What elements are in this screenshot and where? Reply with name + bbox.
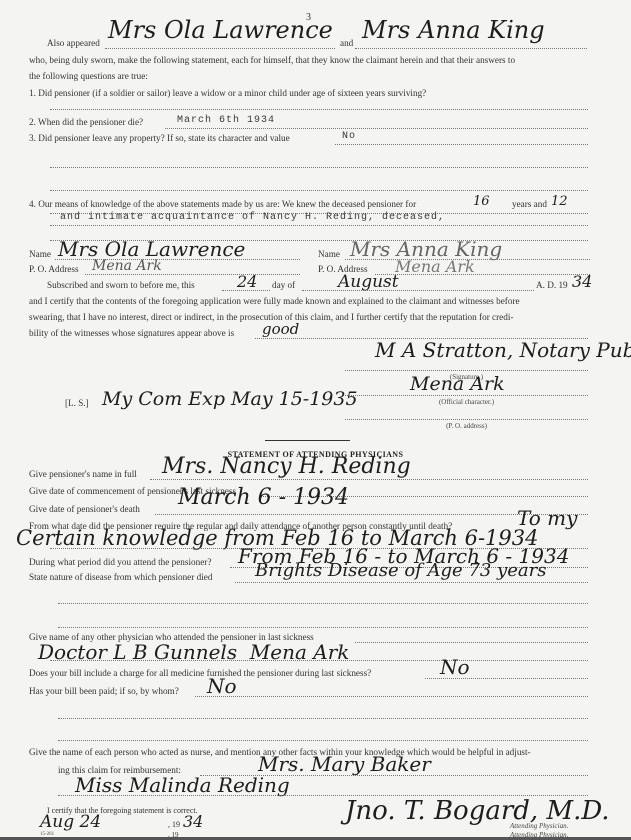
pensioner-name-value: Mrs. Nancy H. Reding <box>162 454 411 479</box>
q3-line <box>335 144 588 145</box>
period-label: During what period did you attend the pe… <box>29 557 211 567</box>
notary-day: 24 <box>237 272 257 291</box>
q3-line-3 <box>50 190 588 191</box>
witness1-po-label: P. O. Address <box>29 264 79 274</box>
q4-years: 16 <box>473 194 490 209</box>
question-3-answer: No <box>342 131 356 142</box>
paid-line-2 <box>58 718 588 719</box>
certify-year: 34 <box>183 812 203 831</box>
intro-line-1: who, being duly sworn, make the followin… <box>29 55 515 65</box>
paid-label: Has your bill been paid; if so, by whom? <box>29 686 179 696</box>
question-1: 1. Did pensioner (if a soldier or sailor… <box>29 88 426 98</box>
witness2-name-label: Name <box>318 249 340 259</box>
credibility-value: good <box>262 320 299 338</box>
witness1-name-label: Name <box>29 249 51 259</box>
q1-answer-line <box>50 109 588 110</box>
also-appeared-label: Also appeared <box>47 38 100 48</box>
death-date-label: Give date of pensioner's death <box>29 504 140 514</box>
year-prefix: , 19 <box>168 820 180 829</box>
official-character: Mena Ark <box>410 373 505 395</box>
seal-label: [L. S.] <box>65 398 89 408</box>
q3-line-2 <box>50 167 588 168</box>
disease-line <box>235 582 588 583</box>
paid-line <box>195 696 588 697</box>
certify-line-3: bility of the witnesses whose signatures… <box>29 328 234 338</box>
intro-line-2: the following questions are true: <box>29 71 148 81</box>
witness1-line <box>105 48 335 49</box>
nurse-value-2: Miss Malinda Reding <box>75 773 290 797</box>
commission-note: My Com Exp May 15-1935 <box>102 388 358 410</box>
medicine-value: No <box>440 655 470 679</box>
day-line <box>222 290 270 291</box>
question-4-label: 4. Our means of knowledge of the above s… <box>29 199 416 209</box>
disease-value: Brights Disease of Age 73 years <box>255 560 546 581</box>
medicine-label: Does your bill include a charge for all … <box>29 668 371 678</box>
q4-years2: 12 <box>551 194 568 209</box>
paid-value: No <box>207 674 237 698</box>
witness2-handwritten: Mrs Anna King <box>362 16 545 44</box>
notary-year: 34 <box>572 272 592 291</box>
po-caption: (P. O. address) <box>345 422 588 430</box>
certify-line-1: and I certify that the contents of the f… <box>29 296 520 306</box>
day-of-label: day of <box>272 280 295 290</box>
physician-signature: Jno. T. Bogard, M.D. <box>345 796 610 826</box>
pensioner-name-label: Give pensioner's name in full <box>29 469 137 479</box>
witness2-po-line <box>375 274 590 275</box>
disease-line-3 <box>58 627 588 628</box>
q4-line-2 <box>50 225 588 226</box>
subscribed-label: Subscribed and sworn to before me, this <box>47 280 195 290</box>
official-caption: (Official character.) <box>345 398 588 406</box>
question-4-answer: and intimate acquaintance of Nancy H. Re… <box>60 212 445 223</box>
official-line <box>345 395 588 396</box>
question-2-answer: March 6th 1934 <box>177 115 275 126</box>
death-date-value: March 6 - 1934 <box>178 485 349 510</box>
witness1-po: Mena Ark <box>92 258 162 274</box>
pensioner-name-line <box>150 479 588 480</box>
attending-caption-1: Attending Physician. <box>510 822 568 830</box>
q2-line <box>165 128 588 129</box>
question-3-label: 3. Did pensioner leave any property? If … <box>29 133 290 143</box>
witness1-po-line <box>85 274 300 275</box>
po-address-line <box>345 419 588 420</box>
witness1-handwritten: Mrs Ola Lawrence <box>108 16 333 44</box>
pension-form-page: 3 Also appeared Mrs Ola Lawrence and Mrs… <box>0 0 631 840</box>
notary-month: August <box>338 272 399 292</box>
paid-line-3 <box>58 740 588 741</box>
medicine-line <box>425 678 588 679</box>
question-2-label: 2. When did the pensioner die? <box>29 117 143 127</box>
other-physician-line <box>355 642 588 643</box>
q4-years-label: years and <box>512 199 547 209</box>
section-divider <box>265 440 350 441</box>
and-label: and <box>340 38 353 48</box>
signature-line <box>345 370 588 371</box>
month-line <box>302 290 534 291</box>
witness2-line <box>355 48 587 49</box>
certify-date: Aug 24 <box>40 812 101 832</box>
other-physician-line-2 <box>50 660 588 661</box>
disease-line-2 <box>58 603 588 604</box>
notary-signature: M A Stratton, Notary Public <box>375 338 631 362</box>
disease-label: State nature of disease from which pensi… <box>29 572 212 582</box>
ad-label: A. D. 19 <box>536 280 568 290</box>
